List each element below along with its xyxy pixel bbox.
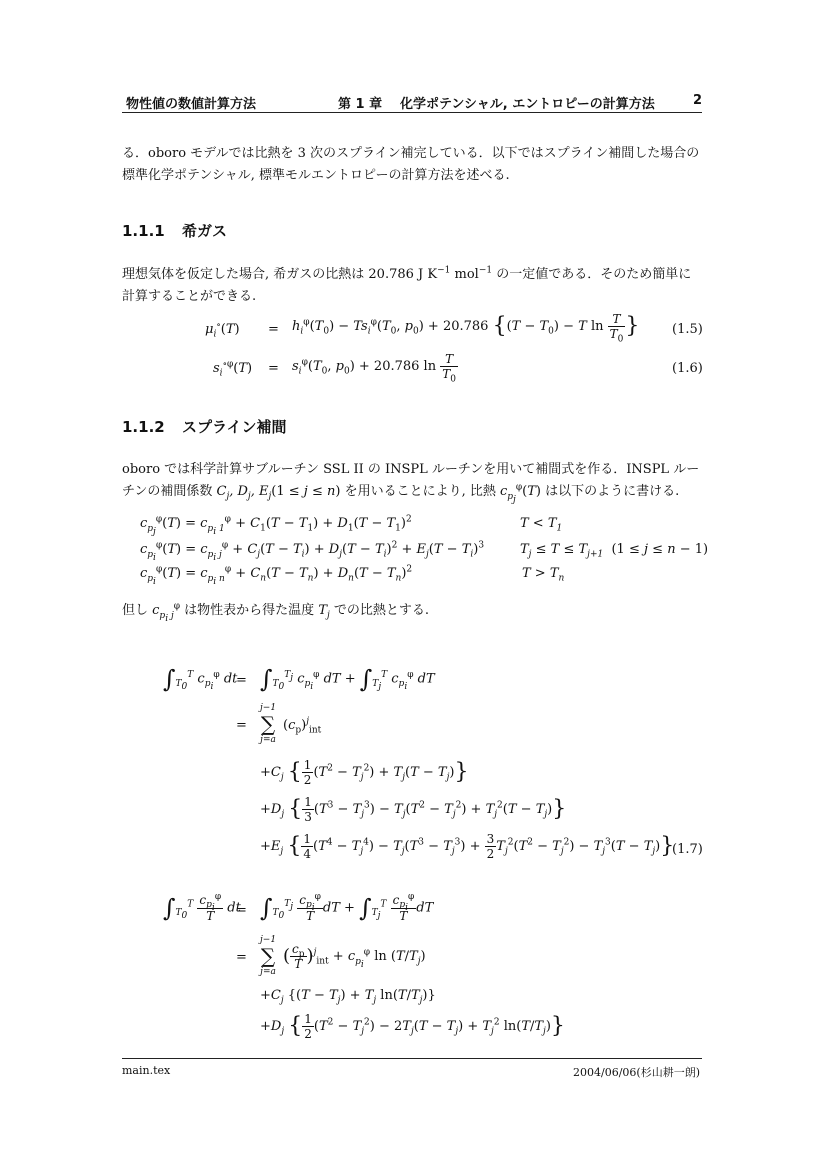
eq-1-6-lhs: si∘φ(T) xyxy=(213,361,252,376)
footer-filename: main.tex xyxy=(122,1064,170,1077)
eq-entropy-row-1: ∫T0Tj cpiφTdT + ∫TjT cpiφTdT xyxy=(260,893,433,923)
eq-1-7-row-3: +Cj {12(T2 − Tj2) + Tj(T − Tj)} xyxy=(260,758,468,787)
eq-1-7-row-4: +Dj {13(T3 − Tj3) − Tj(T2 − Tj2) + Tj2(T… xyxy=(260,795,566,824)
spline-cond-row-2: Tj ≤ T ≤ Tj+1 (1 ≤ j ≤ n − 1) xyxy=(520,542,708,557)
footer-rule xyxy=(122,1058,702,1059)
spline-para-line-1: oboro では科学計算サブルーチン SSL II の INSPL ルーチンを用… xyxy=(122,459,707,481)
eq-number-1-5: (1.5) xyxy=(672,322,703,337)
intro-line-1: る．oboro モデルでは比熱を 3 次のスプライン補完している．以下ではスプラ… xyxy=(122,143,707,165)
section-number: 1.1.2 xyxy=(122,418,182,436)
eq-entropy-row-3: +Cj {(T − Tj) + Tj ln(T/Tj)} xyxy=(260,988,436,1003)
spline-cond-row-1: T < T1 xyxy=(520,516,562,531)
eq-1-7-equals-1: = xyxy=(236,673,247,688)
section-heading-noble-gas: 1.1.1希ガス xyxy=(122,220,227,241)
eq-1-7-row-2: j−1 ∑ j=a xyxy=(260,702,276,746)
page-number: 2 xyxy=(693,93,702,108)
eq-1-6-rhs: siφ(T0, p0) + 20.786 ln TT0 xyxy=(292,352,458,381)
eq-1-7-row-2-term: (cp)jint xyxy=(283,718,321,733)
eq-1-7-equals-2: = xyxy=(236,718,247,733)
eq-1-5-equals: = xyxy=(268,322,279,337)
section-heading-spline: 1.1.2スプライン補間 xyxy=(122,416,287,437)
spline-eq-row-1: cpjφ(T) = cpi 1φ + C1(T − T1) + D1(T − T… xyxy=(140,516,412,531)
eq-1-7-row-1: ∫T0Tj cpiφ dT + ∫TjT cpiφ dT xyxy=(260,665,435,693)
eq-entropy-row-2: (cpT)jint + cpiφ ln (T/Tj) xyxy=(283,942,426,971)
eq-entropy-sum: j−1 ∑ j=a xyxy=(260,934,276,978)
eq-number-1-7: (1.7) xyxy=(672,842,703,857)
running-header-chapter-title: 化学ポテンシャル, エントロピーの計算方法 xyxy=(400,93,655,112)
section-title: スプライン補間 xyxy=(182,418,287,436)
eq-number-1-6: (1.6) xyxy=(672,361,703,376)
footer-date-author: 2004/06/06(杉山耕一朗) xyxy=(573,1064,700,1080)
section-number: 1.1.1 xyxy=(122,222,182,240)
eq-1-7-lhs: ∫T0T cpiφ dt xyxy=(163,665,237,693)
spline-eq-row-3: cpiφ(T) = cpi nφ + Cn(T − Tn) + Dn(T − T… xyxy=(140,566,412,581)
spline-eq-row-2: cpiφ(T) = cpi jφ + Cj(T − Ti) + Dj(T − T… xyxy=(140,542,484,557)
spline-note: 但し cpi jφ は物性表から得た温度 Tj での比熱とする. xyxy=(122,600,707,622)
eq-1-5-rhs: hiφ(T0) − Tsiφ(T0, p0) + 20.786 {(T − T0… xyxy=(292,312,639,341)
intro-line-2: 標準化学ポテンシャル, 標準モルエントロピーの計算方法を述べる. xyxy=(122,165,707,187)
running-header-chapter: 第 1 章 xyxy=(338,93,382,112)
spline-para-line-2: チンの補間係数 Cj, Dj, Ej(1 ≤ j ≤ n) を用いることにより,… xyxy=(122,481,707,503)
noble-gas-para-line-1: 理想気体を仮定した場合, 希ガスの比熱は 20.786 J K−1 mol−1 … xyxy=(122,264,707,286)
eq-entropy-equals-2: = xyxy=(236,950,247,965)
eq-entropy-equals-1: = xyxy=(236,903,247,918)
spline-cond-row-3: T > Tn xyxy=(522,566,564,581)
noble-gas-para-line-2: 計算することができる. xyxy=(122,286,707,308)
eq-1-7-row-5: +Ej {14(T4 − Tj4) − Tj(T3 − Tj3) + 32Tj2… xyxy=(260,832,674,861)
eq-entropy-lhs: ∫T0T cpiφT dt xyxy=(163,893,241,923)
header-rule xyxy=(122,112,702,113)
eq-1-6-equals: = xyxy=(268,361,279,376)
section-title: 希ガス xyxy=(182,222,227,240)
running-header-title: 物性値の数値計算方法 xyxy=(126,93,256,112)
eq-1-5-lhs: μi∘(T) xyxy=(205,322,240,337)
eq-entropy-row-4: +Dj {12(T2 − Tj2) − 2Tj(T − Tj) + Tj2 ln… xyxy=(260,1012,565,1041)
